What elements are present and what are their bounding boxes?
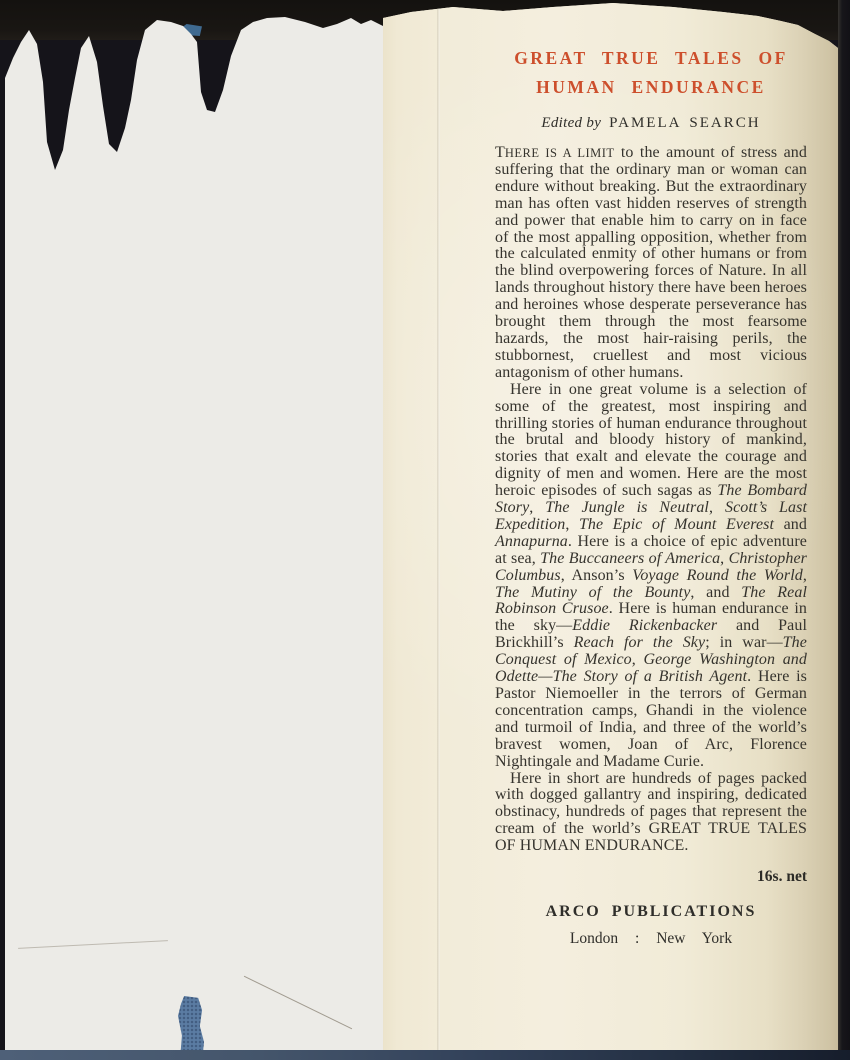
flap-paragraphs: THERE IS A LIMIT to the amount of stress…	[495, 145, 807, 855]
title-line-2: HUMAN ENDURANCE	[495, 73, 807, 102]
publisher-name: ARCO PUBLICATIONS	[495, 903, 807, 921]
paragraph-segment: Annapurna	[495, 533, 568, 550]
paragraph-segment: Here in short are hundreds of pages pack…	[495, 770, 807, 855]
flap-paragraph: Here in short are hundreds of pages pack…	[495, 771, 807, 856]
editor-name: PAMELA SEARCH	[609, 115, 760, 131]
paragraph-segment: ,	[720, 550, 728, 567]
paragraph-segment: T	[495, 144, 505, 161]
jacket-front-flap: GREAT TRUE TALES OF HUMAN ENDURANCE Edit…	[383, 0, 838, 1053]
price: 16s. net	[495, 868, 807, 886]
book-title: GREAT TRUE TALES OF HUMAN ENDURANCE	[495, 44, 807, 102]
flap-text-block: GREAT TRUE TALES OF HUMAN ENDURANCE Edit…	[495, 44, 807, 948]
paragraph-segment: and	[774, 516, 807, 533]
jacket-inner-white-paper	[5, 0, 383, 1060]
scan-right-dark-edge	[838, 0, 850, 1060]
paragraph-segment: , and	[690, 584, 741, 601]
paragraph-segment: The Epic of Mount Everest	[579, 516, 774, 533]
flap-paragraph: Here in one great volume is a selection …	[495, 382, 807, 771]
edited-by-label: Edited by	[541, 115, 601, 131]
paragraph-segment: ,	[709, 499, 725, 516]
paragraph-segment: , Anson’s	[561, 567, 633, 584]
book-jacket-scan: GREAT TRUE TALES OF HUMAN ENDURANCE Edit…	[0, 0, 850, 1060]
paragraph-segment: Reach for the Sky	[574, 634, 706, 651]
paragraph-segment: ; in war—	[705, 634, 782, 651]
paragraph-segment: The Mutiny of the Bounty	[495, 584, 690, 601]
editor-credit: Edited byPAMELA SEARCH	[495, 115, 807, 132]
flap-fold-crease	[437, 0, 440, 1053]
flap-paragraph: THERE IS A LIMIT to the amount of stress…	[495, 145, 807, 382]
paragraph-segment: Eddie Rickenbacker	[572, 617, 717, 634]
publisher-cities: London : New York	[495, 930, 807, 948]
book-bottom-edge	[0, 1050, 850, 1060]
paragraph-segment: Voyage Round the World	[632, 567, 803, 584]
paragraph-segment: ,	[529, 499, 545, 516]
paragraph-segment: to the amount of stress and suffering th…	[495, 144, 807, 381]
paragraph-segment: The Buccaneers of America	[540, 550, 720, 567]
paragraph-segment: ,	[632, 651, 644, 668]
paragraph-segment: HERE IS A LIMIT	[505, 146, 615, 160]
paragraph-segment: ,	[565, 516, 579, 533]
title-line-1: GREAT TRUE TALES OF	[495, 44, 807, 73]
paragraph-segment: The Jungle is Neutral	[545, 499, 709, 516]
paragraph-segment: ,	[803, 567, 807, 584]
